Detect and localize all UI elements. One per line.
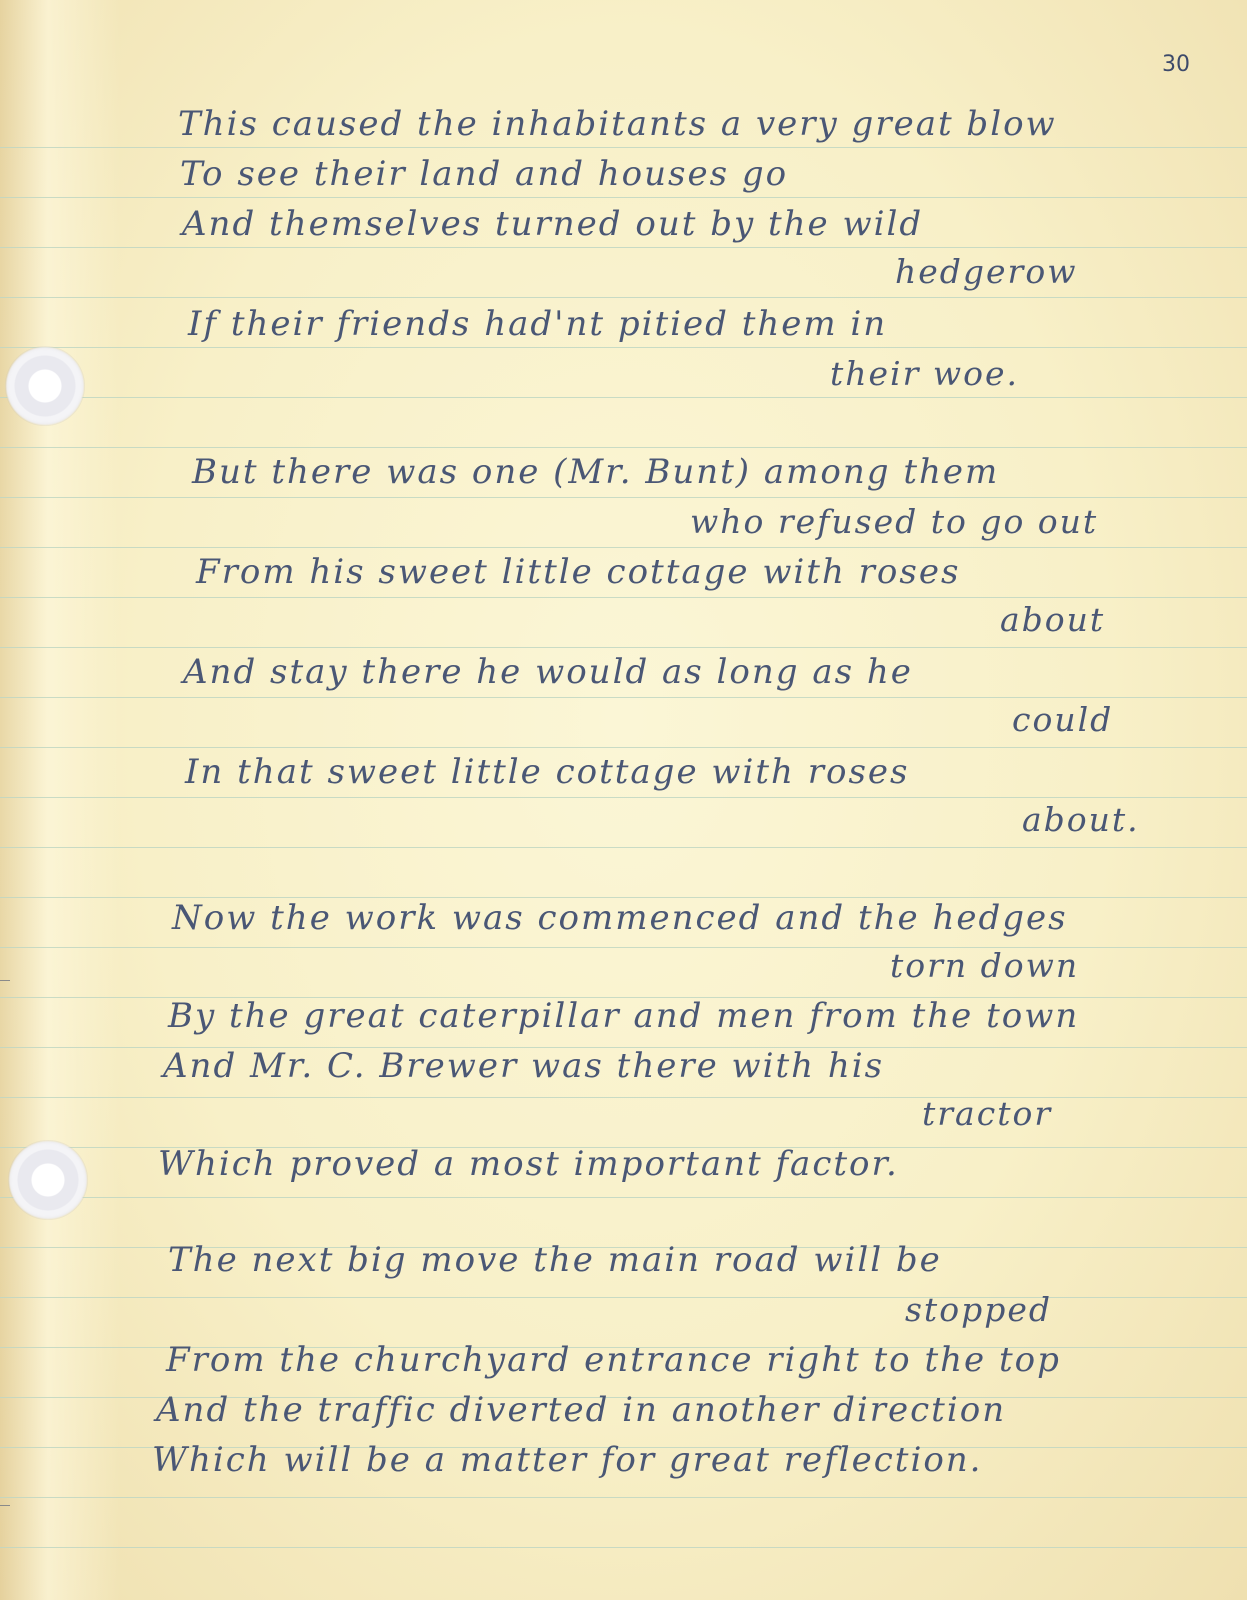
ruled-line — [0, 547, 1247, 548]
verse-line: This caused the inhabitants a very great… — [178, 104, 1057, 144]
verse-line: The next big move the main road will be — [168, 1240, 942, 1280]
verse-line-continuation: stopped — [905, 1290, 1052, 1330]
edge-mark — [0, 1505, 10, 1506]
ruled-line — [0, 497, 1247, 498]
ruled-line — [0, 747, 1247, 748]
verse-line-continuation: tractor — [922, 1094, 1052, 1134]
verse-line-continuation: could — [1012, 700, 1113, 740]
ruled-line — [0, 797, 1247, 798]
ruled-line — [0, 247, 1247, 248]
ruled-line — [0, 447, 1247, 448]
verse-line: Which proved a most important factor. — [158, 1144, 899, 1184]
verse-line-continuation: about. — [1022, 800, 1140, 840]
ruled-line — [0, 1197, 1247, 1198]
ruled-line — [0, 697, 1247, 698]
verse-line-continuation: who refused to go out — [690, 502, 1098, 542]
ruled-line — [0, 1097, 1247, 1098]
ruled-line — [0, 1297, 1247, 1298]
binding-margin — [0, 0, 120, 1600]
verse-line: Now the work was commenced and the hedge… — [172, 898, 1068, 938]
verse-line: And Mr. C. Brewer was there with his — [163, 1046, 884, 1086]
ruled-line — [0, 397, 1247, 398]
verse-line: To see their land and houses go — [180, 154, 788, 194]
verse-line: And the traffic diverted in another dire… — [156, 1390, 1006, 1430]
punch-hole-reinforcement — [5, 346, 85, 426]
notebook-page: 30 This caused the inhabitants a very gr… — [0, 0, 1247, 1600]
verse-line-continuation: their woe. — [830, 354, 1019, 394]
verse-line: By the great caterpillar and men from th… — [168, 996, 1079, 1036]
ruled-line — [0, 297, 1247, 298]
ruled-line — [0, 1547, 1247, 1548]
ruled-line — [0, 597, 1247, 598]
page-number: 30 — [1162, 52, 1190, 77]
ruled-line — [0, 197, 1247, 198]
ruled-line — [0, 847, 1247, 848]
verse-line: From the churchyard entrance right to th… — [166, 1340, 1061, 1380]
verse-line: If their friends had'nt pitied them in — [188, 304, 887, 344]
ruled-line — [0, 347, 1247, 348]
verse-line-continuation: hedgerow — [895, 252, 1077, 292]
punch-hole-reinforcement — [8, 1140, 88, 1220]
edge-mark — [0, 980, 10, 981]
ruled-line — [0, 647, 1247, 648]
verse-line: And stay there he would as long as he — [183, 652, 913, 692]
verse-line-continuation: about — [1000, 600, 1105, 640]
ruled-line — [0, 147, 1247, 148]
verse-line: Which will be a matter for great reflect… — [152, 1440, 983, 1480]
verse-line: And themselves turned out by the wild — [182, 204, 923, 244]
verse-line: In that sweet little cottage with roses — [185, 752, 909, 792]
ruled-line — [0, 1497, 1247, 1498]
verse-line: From his sweet little cottage with roses — [196, 552, 960, 592]
verse-line-continuation: torn down — [890, 946, 1079, 986]
verse-line: But there was one (Mr. Bunt) among them — [192, 452, 999, 492]
